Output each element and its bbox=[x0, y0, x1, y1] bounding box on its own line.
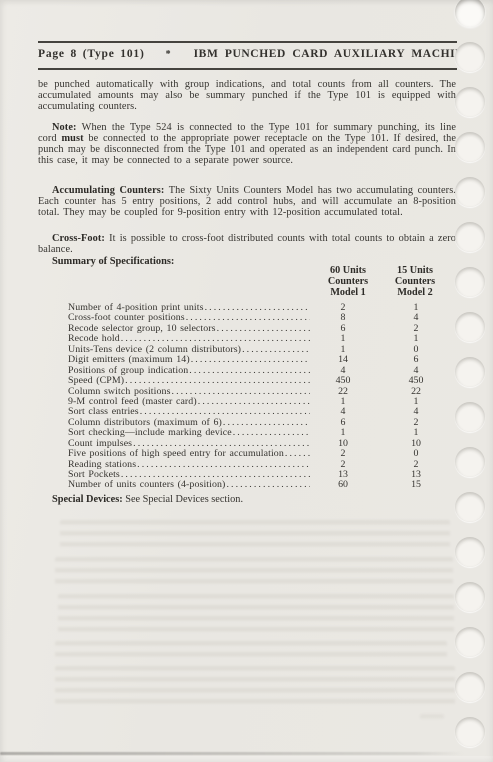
header-rule-bottom bbox=[38, 68, 457, 70]
spec-value-model2: 450 bbox=[376, 376, 456, 386]
spec-value-model2: 15 bbox=[376, 480, 456, 490]
cross-foot-lead: Cross-Foot: bbox=[52, 233, 105, 244]
bleed-through-text bbox=[55, 641, 447, 661]
dot-leader bbox=[188, 366, 310, 376]
dot-leader bbox=[204, 303, 310, 313]
dot-leader bbox=[124, 376, 310, 386]
page-bottom-edge bbox=[0, 756, 493, 762]
paragraph-accumulating-counters: Accumulating Counters: The Sixty Units C… bbox=[38, 186, 456, 219]
spec-value-model1: 450 bbox=[310, 376, 376, 386]
summary-of-specifications-heading: Summary of Specifications: bbox=[52, 256, 174, 267]
binder-hole bbox=[455, 0, 485, 27]
spec-row-label: Speed (CPM) bbox=[68, 376, 124, 386]
dot-leader bbox=[216, 324, 310, 334]
binder-hole bbox=[455, 537, 485, 567]
bleed-through-text bbox=[55, 557, 453, 587]
header-separator-asterisk: * bbox=[166, 49, 171, 60]
spec-value-model1: 60 bbox=[310, 480, 376, 490]
binder-hole bbox=[455, 87, 485, 117]
spec-table-row: Five positions of high speed entry for a… bbox=[68, 449, 456, 459]
spec-table-row: Recode selector group, 10 selectors 6 2 bbox=[68, 324, 456, 334]
dot-leader bbox=[284, 449, 310, 459]
bleed-through-text bbox=[420, 714, 444, 722]
note-bold-word: must bbox=[61, 133, 83, 144]
spec-table-row: Reading stations 2 2 bbox=[68, 460, 456, 470]
note-lead: Note: bbox=[52, 122, 77, 133]
binder-hole bbox=[455, 222, 485, 252]
note-text-post: be connected to the appropriate power re… bbox=[38, 133, 456, 166]
spec-row-label: Number of units counters (4-position) bbox=[68, 480, 225, 490]
binder-hole bbox=[455, 447, 485, 477]
binder-hole bbox=[455, 402, 485, 432]
binder-hole bbox=[455, 582, 485, 612]
bleed-through-text bbox=[55, 666, 455, 708]
col2-model-line: Model 2 bbox=[372, 287, 458, 298]
dot-leader bbox=[197, 397, 310, 407]
col2-units-line: 15 Units bbox=[372, 265, 458, 276]
accumulating-counters-lead: Accumulating Counters: bbox=[52, 185, 164, 196]
scanned-manual-page: Page 8 (Type 101) * IBM PUNCHED CARD AUX… bbox=[0, 0, 493, 762]
spec-table-row: Positions of group indication 4 4 bbox=[68, 366, 456, 376]
dot-leader bbox=[136, 460, 310, 470]
binder-hole bbox=[455, 627, 485, 657]
specifications-table: Number of 4-position print units 2 1 Cro… bbox=[68, 303, 456, 491]
spec-value-model2: 0 bbox=[376, 449, 456, 459]
spec-column-header-model2: 15 Units Counters Model 2 bbox=[372, 265, 458, 298]
dot-leader bbox=[225, 480, 310, 490]
header-rule-top bbox=[38, 41, 457, 43]
dot-leader bbox=[222, 418, 310, 428]
special-devices-line: Special Devices: See Special Devices sec… bbox=[38, 494, 456, 505]
binder-hole bbox=[455, 357, 485, 387]
binder-hole bbox=[455, 132, 485, 162]
binder-hole bbox=[455, 672, 485, 702]
dot-leader bbox=[232, 428, 310, 438]
binder-hole bbox=[455, 42, 485, 72]
spec-value-model1: 2 bbox=[310, 449, 376, 459]
special-devices-text: See Special Devices section. bbox=[125, 494, 243, 505]
binder-hole bbox=[455, 177, 485, 207]
spec-table-row: Number of units counters (4-position) 60… bbox=[68, 480, 456, 490]
binder-hole bbox=[455, 267, 485, 297]
paragraph-note: Note: When the Type 524 is connected to … bbox=[38, 123, 456, 167]
bleed-through-text bbox=[60, 520, 450, 548]
running-header: Page 8 (Type 101) * IBM PUNCHED CARD AUX… bbox=[38, 48, 457, 60]
binder-hole bbox=[455, 717, 485, 747]
spec-table-row: Speed (CPM) 450 450 bbox=[68, 376, 456, 386]
paragraph-continuation: be punched automatically with group indi… bbox=[38, 80, 456, 113]
manual-title: IBM PUNCHED CARD AUXILIARY MACHINES bbox=[194, 48, 480, 60]
bleed-through-text bbox=[58, 594, 454, 636]
scan-smudge-line bbox=[0, 752, 464, 755]
col2-counters-line: Counters bbox=[372, 276, 458, 287]
page-number-label: Page 8 (Type 101) bbox=[38, 48, 145, 60]
spec-row-label: Five positions of high speed entry for a… bbox=[68, 449, 284, 459]
paragraph-cross-foot: Cross-Foot: It is possible to cross-foot… bbox=[38, 234, 456, 256]
special-devices-lead: Special Devices: bbox=[52, 494, 123, 505]
dot-leader bbox=[190, 355, 310, 365]
binder-hole bbox=[455, 492, 485, 522]
dot-leader bbox=[241, 345, 310, 355]
binder-hole bbox=[455, 312, 485, 342]
